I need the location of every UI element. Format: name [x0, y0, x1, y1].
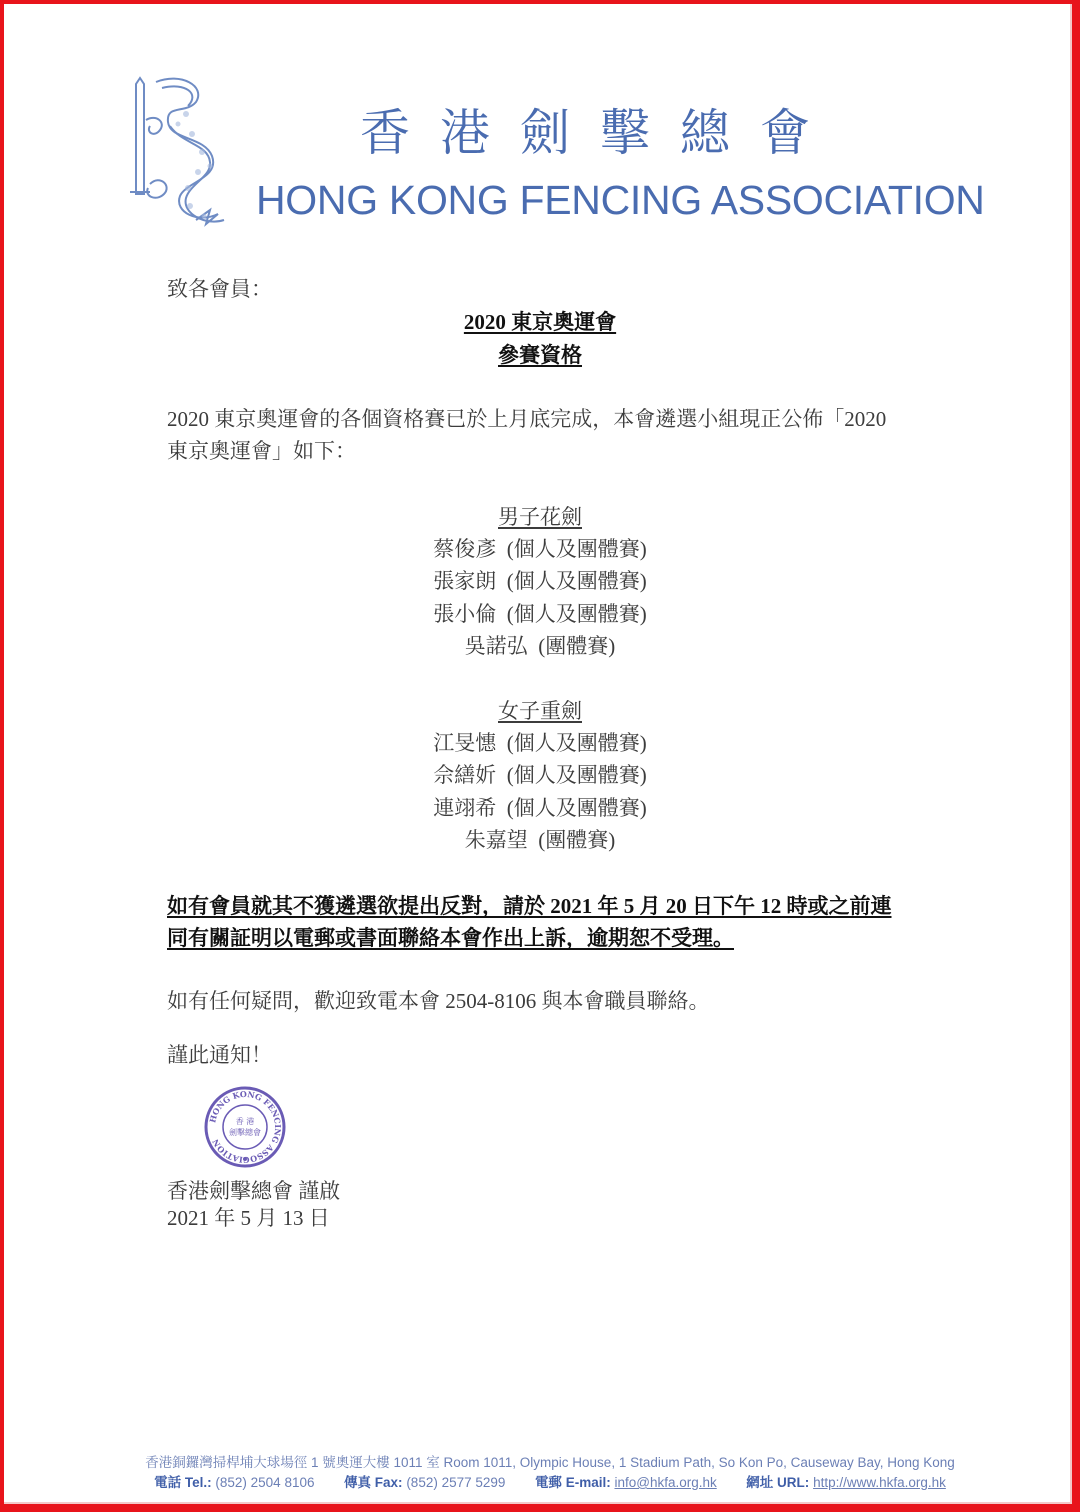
svg-text:劍擊總會: 劍擊總會 — [229, 1127, 261, 1137]
athlete-name: 張家朗 — [433, 569, 496, 593]
letter-title-line1: 2020 東京奧運會 — [340, 306, 740, 338]
section-heading-womens-epee: 女子重劍 — [340, 695, 740, 727]
athlete-name: 吳諾弘 — [465, 634, 528, 658]
salutation: 致各會員： — [167, 273, 272, 305]
athlete-name: 江旻憓 — [433, 731, 496, 755]
org-name-chinese: 香港劍擊總會 — [360, 98, 880, 168]
footer-address: 香港銅鑼灣掃桿埔大球場徑 1 號奧運大樓 1011 室 Room 1011, O… — [120, 1451, 980, 1471]
email-link[interactable]: info@hkfa.org.hk — [614, 1475, 716, 1490]
athlete-events: (個人及團體賽) — [507, 602, 647, 626]
appeal-notice-line1: 如有會員就其不獲遴選欲提出反對，請於 2021 年 5 月 20 日下午 12 … — [167, 890, 892, 922]
athlete-row: 朱嘉望 (團體賽) — [340, 824, 740, 856]
dragon-sword-logo-icon — [126, 74, 230, 234]
url-label-en: URL: — [777, 1475, 809, 1490]
tel-label-zh: 電話 — [154, 1475, 181, 1490]
contact-line: 如有任何疑問，歡迎致電本會 2504-8106 與本會職員聯絡。 — [167, 985, 710, 1017]
svg-text:香 港: 香 港 — [236, 1116, 255, 1126]
section-heading-mens-foil: 男子花劍 — [340, 501, 740, 533]
tel-value: (852) 2504 8106 — [215, 1475, 314, 1490]
athlete-row: 蔡俊彥 (個人及團體賽) — [340, 533, 740, 565]
athlete-events: (團體賽) — [538, 634, 615, 658]
email-label-en: E-mail: — [566, 1475, 611, 1490]
url-label-zh: 網址 — [746, 1475, 773, 1490]
footer-contacts: 電話 Tel.: (852) 2504 8106 傳真 Fax: (852) 2… — [120, 1471, 980, 1491]
athlete-name: 張小倫 — [433, 602, 496, 626]
tel-label-en: Tel.: — [185, 1475, 212, 1490]
athlete-row: 吳諾弘 (團體賽) — [340, 630, 740, 662]
intro-line1: 2020 東京奧運會的各個資格賽已於上月底完成，本會遴選小組現正公佈「2020 — [167, 403, 886, 435]
org-name-english: HONG KONG FENCING ASSOCIATION — [256, 175, 966, 225]
letter-date: 2021 年 5 月 13 日 — [167, 1202, 330, 1234]
athlete-events: (個人及團體賽) — [507, 763, 647, 787]
website-link[interactable]: http://www.hkfa.org.hk — [813, 1475, 946, 1490]
athlete-row: 佘繕妡 (個人及團體賽) — [340, 759, 740, 791]
athlete-events: (個人及團體賽) — [507, 569, 647, 593]
athlete-name: 連翊希 — [433, 796, 496, 820]
athlete-row: 連翊希 (個人及團體賽) — [340, 792, 740, 824]
athlete-name: 朱嘉望 — [465, 828, 528, 852]
athlete-name: 佘繕妡 — [433, 763, 496, 787]
athlete-events: (個人及團體賽) — [507, 537, 647, 561]
athlete-row: 張家朗 (個人及團體賽) — [340, 565, 740, 597]
closing-line: 謹此通知！ — [167, 1039, 272, 1071]
athlete-events: (團體賽) — [538, 828, 615, 852]
fax-label-en: Fax: — [375, 1475, 403, 1490]
athlete-row: 江旻憓 (個人及團體賽) — [340, 727, 740, 759]
letter-title-line2: 參賽資格 — [340, 339, 740, 371]
athlete-row: 張小倫 (個人及團體賽) — [340, 598, 740, 630]
email-label-zh: 電郵 — [535, 1475, 562, 1490]
fax-label-zh: 傳真 — [344, 1475, 371, 1490]
athlete-events: (個人及團體賽) — [507, 796, 647, 820]
intro-line2: 東京奧運會」如下： — [167, 435, 356, 467]
athlete-name: 蔡俊彥 — [433, 537, 496, 561]
appeal-notice-line2: 同有關証明以電郵或書面聯絡本會作出上訴，逾期恕不受理。 — [167, 922, 734, 954]
athlete-events: (個人及團體賽) — [507, 731, 647, 755]
fax-value: (852) 2577 5299 — [406, 1475, 505, 1490]
svg-text:HONG KONG FENCING ASSOCIATION: HONG KONG FENCING ASSOCIATION — [207, 1089, 283, 1165]
association-seal-icon: HONG KONG FENCING ASSOCIATION 香 港 劍擊總會 — [204, 1086, 286, 1168]
